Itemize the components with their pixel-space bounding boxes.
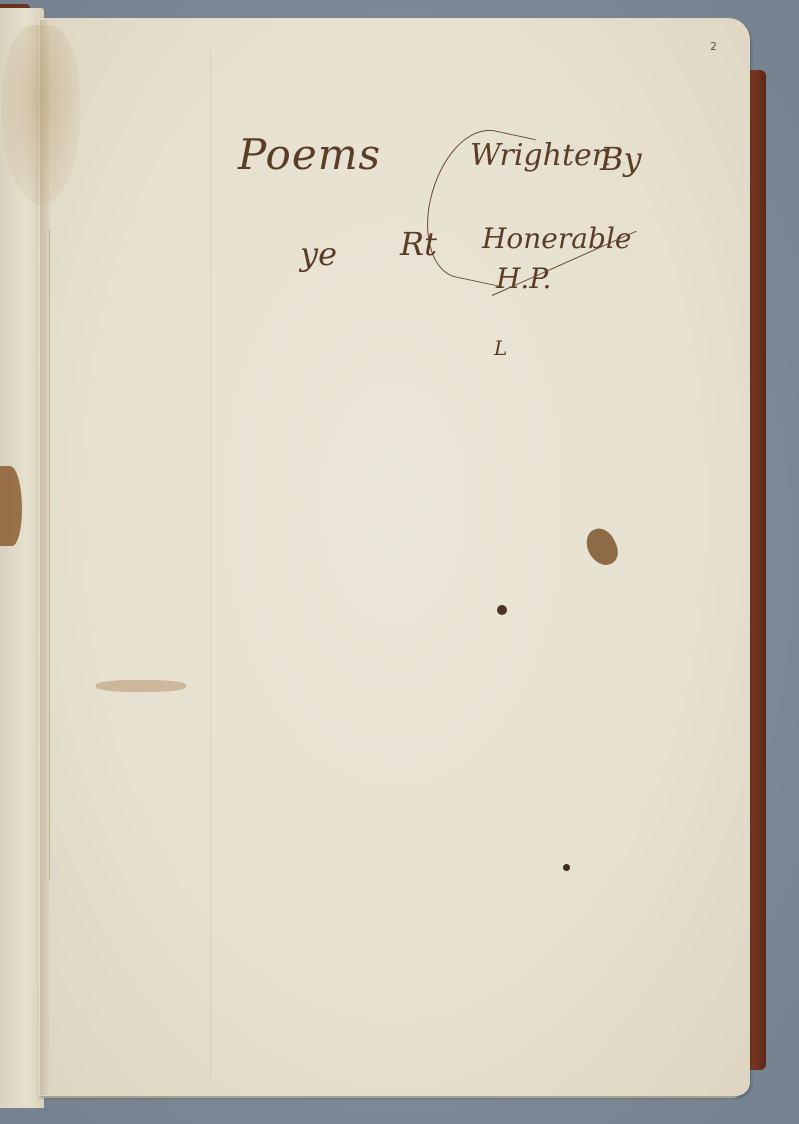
- water-stain: [2, 25, 80, 205]
- catchword-mark: L: [494, 336, 507, 360]
- title-word-ye: ye: [300, 235, 337, 273]
- binding-thread: [44, 230, 50, 880]
- ink-dot: [563, 864, 570, 871]
- recto-page: [38, 18, 750, 1096]
- title-word-by: By: [600, 140, 642, 178]
- folio-number: 2: [710, 40, 717, 53]
- smudge-mark: [96, 680, 186, 692]
- title-word-rt: Rt: [400, 225, 437, 263]
- ruled-margin-line: [210, 50, 211, 1080]
- title-word-wrighten: Wrighten: [470, 138, 611, 173]
- ink-dot: [497, 605, 507, 615]
- title-word-poems: Poems: [238, 130, 381, 179]
- title-word-honerable: Honerable: [482, 222, 631, 255]
